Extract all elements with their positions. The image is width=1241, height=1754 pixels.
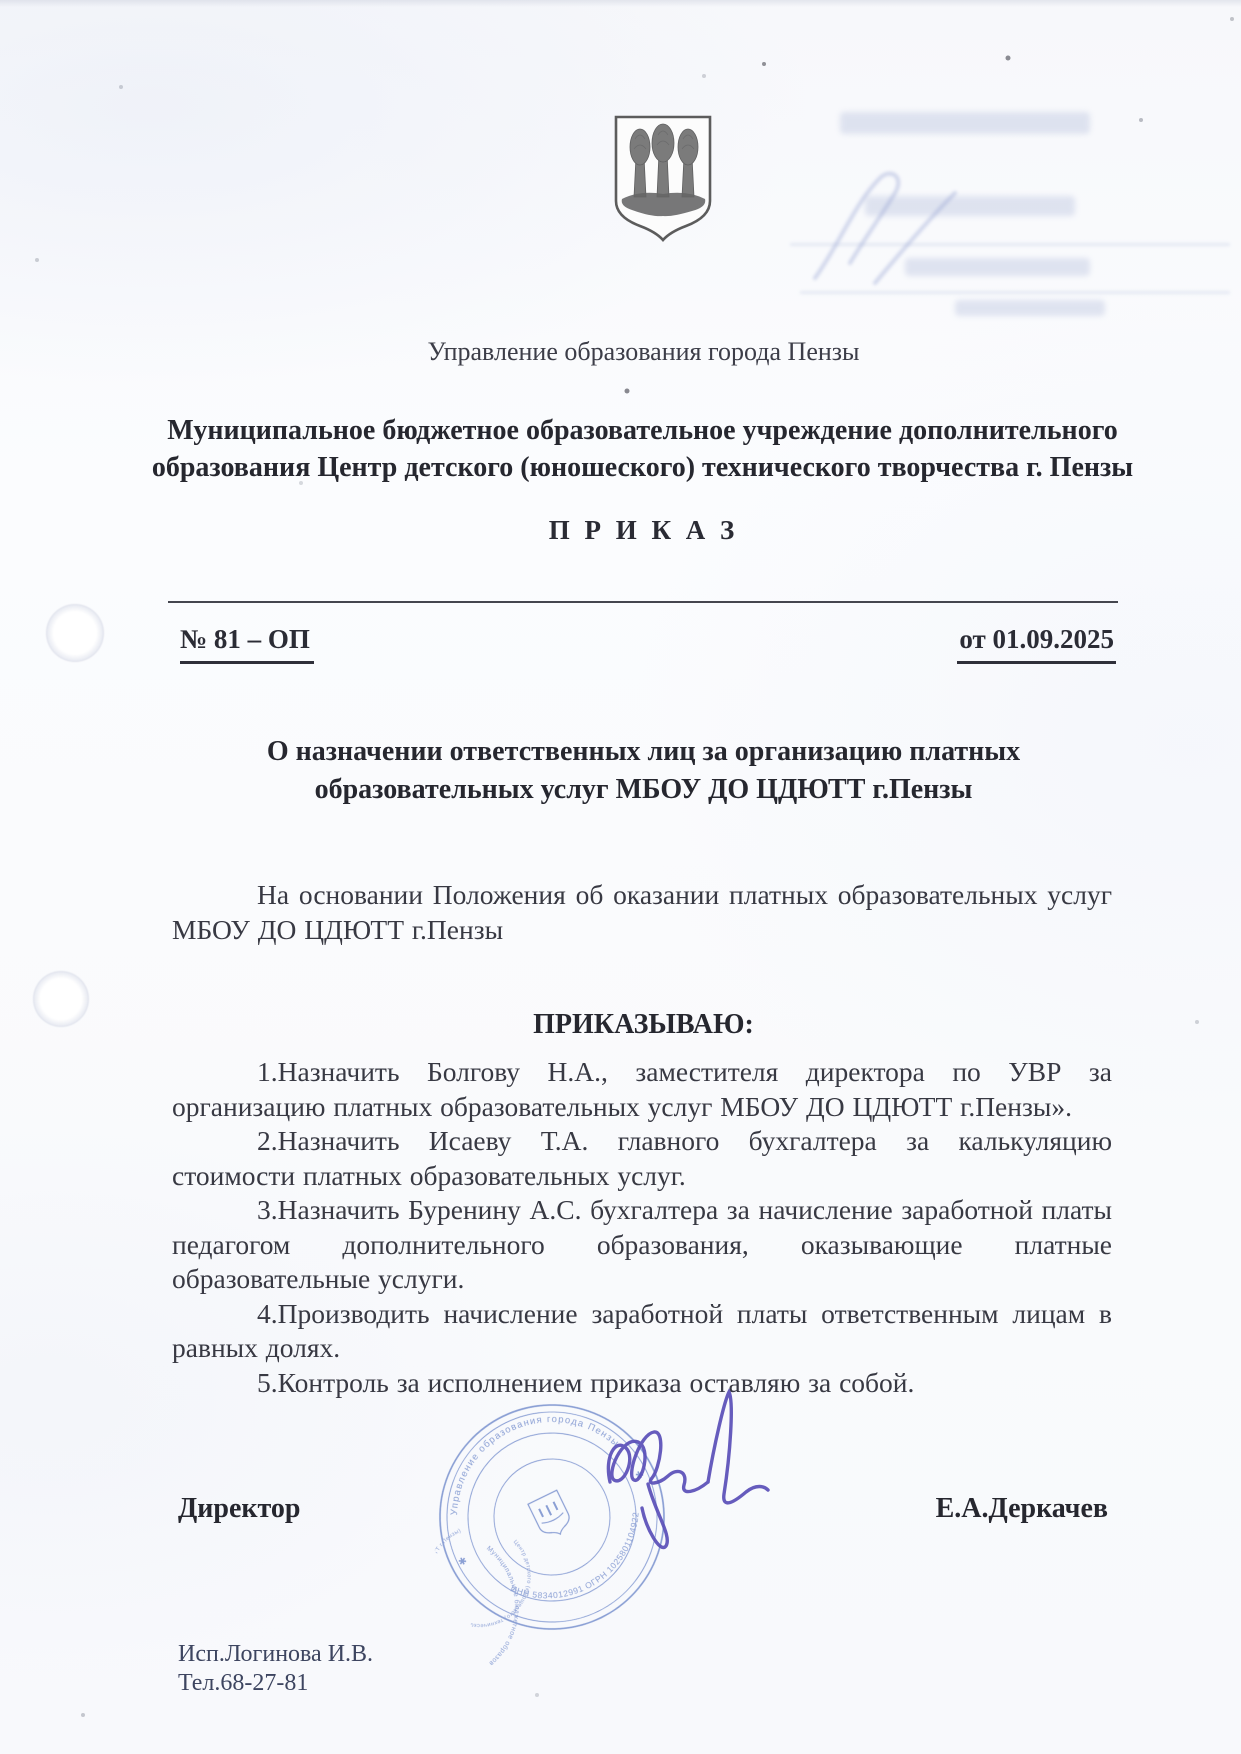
resolution-heading: ПРИКАЗЫВАЮ: bbox=[172, 1008, 1115, 1042]
organization-name: Муниципальное бюджетное образовательное … bbox=[150, 412, 1135, 486]
hole-punch-bottom bbox=[33, 971, 89, 1027]
director-signature bbox=[596, 1386, 781, 1566]
order-items: 1.Назначить Болгову Н.А., заместителя ди… bbox=[172, 1055, 1112, 1400]
order-item-4: 4.Производить начисление заработной плат… bbox=[172, 1297, 1112, 1366]
document-page: Управление образования города Пензы Муни… bbox=[0, 0, 1241, 1754]
bleed-through-artifact bbox=[840, 112, 1090, 134]
stamp-inner-ring-text: Центр детского (юношеского) технического… bbox=[410, 1507, 549, 1646]
preamble: На основании Положения об оказании платн… bbox=[172, 878, 1112, 947]
stamp-outer-top-text: Управление образования города Пензы bbox=[424, 1382, 623, 1527]
order-subject-line-2: образовательных услуг МБОУ ДО ЦДЮТТ г.Пе… bbox=[172, 771, 1115, 809]
order-item-2: 2.Назначить Исаеву Т.А. главного бухгалт… bbox=[172, 1124, 1112, 1193]
director-name: Е.А.Деркачев bbox=[936, 1493, 1108, 1525]
order-date: от 01.09.2025 bbox=[957, 623, 1116, 664]
penza-coat-of-arms-icon bbox=[610, 113, 716, 243]
hole-punch-top bbox=[46, 604, 104, 662]
stamp-star-left: ✱ bbox=[457, 1555, 469, 1569]
bleed-through-signature bbox=[795, 158, 975, 308]
document-type-heading: П Р И К А З bbox=[172, 515, 1115, 546]
order-number: № 81 – ОП bbox=[180, 623, 314, 664]
authority-name: Управление образования города Пензы bbox=[172, 337, 1115, 367]
organization-name-line-2: образования Центр детского (юношеского) … bbox=[150, 449, 1135, 486]
order-subject: О назначении ответственных лиц за органи… bbox=[172, 733, 1115, 809]
organization-name-line-1: Муниципальное бюджетное образовательное … bbox=[150, 412, 1135, 449]
scan-speckles bbox=[0, 0, 2, 2]
order-item-1: 1.Назначить Болгову Н.А., заместителя ди… bbox=[172, 1055, 1112, 1124]
order-item-3: 3.Назначить Буренину А.С. бухгалтера за … bbox=[172, 1193, 1112, 1297]
director-title: Директор bbox=[178, 1493, 301, 1525]
stamp-center-emblem bbox=[528, 1490, 575, 1541]
bleed-through-artifact bbox=[955, 300, 1105, 316]
separator-line bbox=[168, 601, 1118, 603]
executor-name: Исп.Логинова И.В. bbox=[178, 1639, 373, 1669]
executor-phone: Тел.68-27-81 bbox=[178, 1668, 308, 1698]
order-subject-line-1: О назначении ответственных лиц за органи… bbox=[172, 733, 1115, 771]
